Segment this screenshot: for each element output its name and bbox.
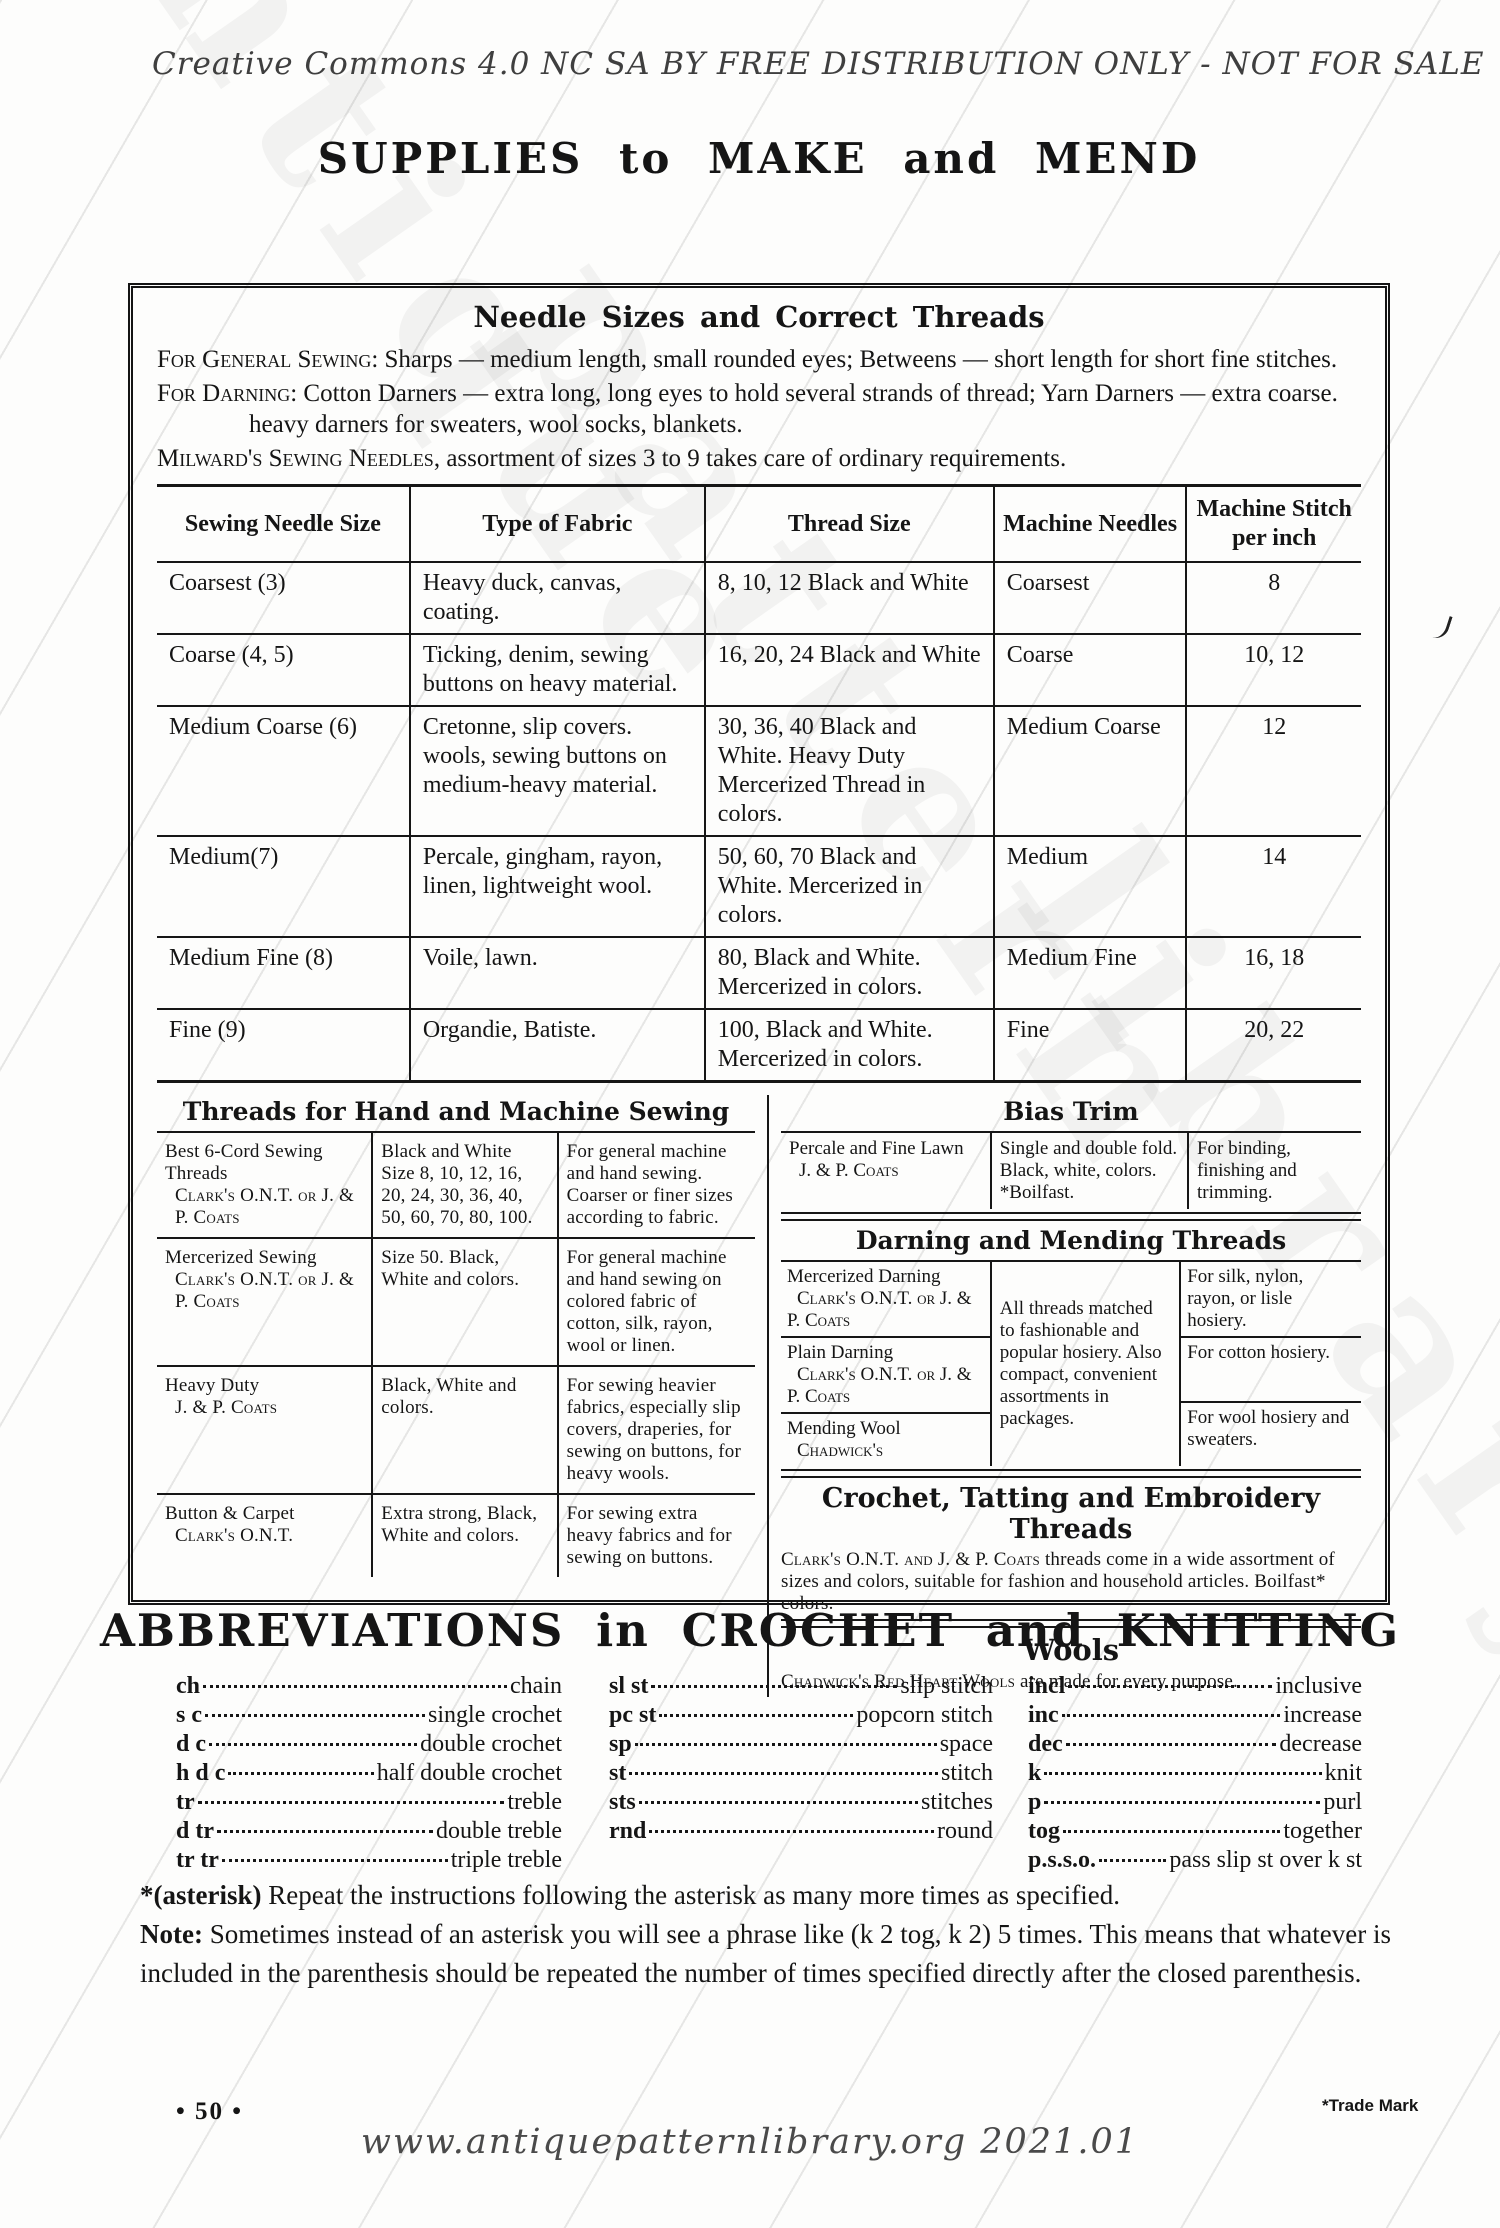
- note-lead: Note:: [140, 1919, 203, 1949]
- table-cell: Coarsest: [994, 562, 1187, 634]
- table-cell: For sewing heavier fabrics, especially s…: [558, 1366, 755, 1494]
- thread-brand: Clark's O.N.T. or J. & P. Coats: [165, 1185, 363, 1229]
- leader-dots: [651, 1685, 897, 1688]
- darning-name: Plain Darning: [787, 1342, 893, 1363]
- leader-dots: [209, 1743, 417, 1746]
- darning-uses-column: For silk, nylon, rayon, or lisle hosiery…: [1181, 1262, 1361, 1466]
- table-row: Medium(7) Percale, gingham, rayon, linen…: [157, 836, 1361, 937]
- abbr-meaning: treble: [507, 1788, 562, 1817]
- list-item: kknit: [1028, 1759, 1362, 1788]
- thread-name: Button & Carpet: [165, 1503, 363, 1525]
- table-cell: Organdie, Batiste.: [410, 1009, 705, 1082]
- darning-description-cell: All threads matched to fashionable and p…: [990, 1262, 1181, 1466]
- column-header: Sewing Needle Size: [157, 486, 410, 563]
- list-item: s csingle crochet: [176, 1701, 562, 1730]
- paragraph-text: Sharps — medium length, small rounded ey…: [385, 346, 1338, 373]
- thread-name: Best 6-Cord Sewing Threads: [165, 1141, 363, 1185]
- table-cell: 16, 20, 24 Black and White: [705, 634, 994, 706]
- abbr-term: incl: [1028, 1672, 1065, 1701]
- table-cell: 30, 36, 40 Black and White. Heavy Duty M…: [705, 706, 994, 836]
- abbr-meaning: purl: [1323, 1788, 1362, 1817]
- table-cell: 100, Black and White. Mercerized in colo…: [705, 1009, 994, 1082]
- bias-trim-row: Percale and Fine LawnJ. & P. Coats Singl…: [781, 1133, 1361, 1209]
- abbr-meaning: popcorn stitch: [856, 1701, 993, 1730]
- abbr-term: p: [1028, 1788, 1041, 1817]
- list-item: ppurl: [1028, 1788, 1362, 1817]
- abbr-term: inc: [1028, 1701, 1059, 1730]
- abbr-meaning: increase: [1283, 1701, 1362, 1730]
- abbr-term: p.s.s.o.: [1028, 1846, 1096, 1875]
- threads-heading: Threads for Hand and Machine Sewing: [157, 1097, 755, 1133]
- list-item: trtreble: [176, 1788, 562, 1817]
- table-row: Fine (9) Organdie, Batiste. 100, Black a…: [157, 1009, 1361, 1082]
- abbr-term: tr tr: [176, 1846, 219, 1875]
- darning-brand: Clark's O.N.T. or J. & P. Coats: [787, 1288, 972, 1331]
- column-header: Thread Size: [705, 486, 994, 563]
- double-rule: [781, 1212, 1361, 1221]
- abbr-term: tog: [1028, 1817, 1060, 1846]
- thread-name: Heavy Duty: [165, 1375, 363, 1397]
- abbr-term: ch: [176, 1672, 200, 1701]
- page-title: SUPPLIES to MAKE and MEND: [128, 134, 1390, 183]
- darning-brand: Chadwick's: [787, 1440, 883, 1461]
- leader-dots: [205, 1714, 425, 1717]
- list-item: chchain: [176, 1672, 562, 1701]
- list-item: rndround: [609, 1817, 993, 1846]
- needle-box-heading: Needle Sizes and Correct Threads: [157, 300, 1361, 334]
- table-cell: For general machine and hand sewing on c…: [558, 1238, 755, 1366]
- leader-dots: [228, 1772, 373, 1775]
- leader-dots: [649, 1830, 934, 1833]
- abbr-term: sl st: [609, 1672, 648, 1701]
- leader-dots: [222, 1859, 448, 1862]
- table-cell: 16, 18: [1186, 937, 1361, 1009]
- list-item: incincrease: [1028, 1701, 1362, 1730]
- table-row: Coarsest (3) Heavy duck, canvas, coating…: [157, 562, 1361, 634]
- table-cell: Percale and Fine LawnJ. & P. Coats: [781, 1133, 990, 1209]
- abbreviations-column-1: chchain s csingle crochet d cdouble croc…: [176, 1672, 562, 1875]
- leader-dots: [1063, 1830, 1280, 1833]
- leader-dots: [1044, 1801, 1320, 1804]
- table-cell: Medium: [994, 836, 1187, 937]
- abbr-term: d c: [176, 1730, 206, 1759]
- column-header: Machine Stitch per inch: [1186, 486, 1361, 563]
- list-item: stsstitches: [609, 1788, 993, 1817]
- asterisk-note-lead: *(asterisk): [140, 1880, 261, 1910]
- brand-lead: Clark's O.N.T. and J. & P. Coats: [781, 1549, 1040, 1570]
- table-cell: Heavy duck, canvas, coating.: [410, 562, 705, 634]
- list-item: d cdouble crochet: [176, 1730, 562, 1759]
- paragraph-text: assortment of sizes 3 to 9 takes care of…: [446, 445, 1066, 472]
- table-cell: For general machine and hand sewing. Coa…: [558, 1133, 755, 1238]
- table-cell: Best 6-Cord Sewing ThreadsClark's O.N.T.…: [157, 1133, 372, 1238]
- darning-name: Mending Wool: [787, 1418, 901, 1439]
- list-item: spspace: [609, 1730, 993, 1759]
- abbr-meaning: slip stitch: [900, 1672, 993, 1701]
- table-cell: Black and White Size 8, 10, 12, 16, 20, …: [372, 1133, 557, 1238]
- abbr-meaning: half double crochet: [377, 1759, 562, 1788]
- table-cell: For cotton hosiery.: [1181, 1336, 1361, 1401]
- asterisk-note-text: Repeat the instructions following the as…: [268, 1880, 1120, 1910]
- table-cell: Cretonne, slip covers. wools, sewing but…: [410, 706, 705, 836]
- bias-trim-heading: Bias Trim: [781, 1097, 1361, 1133]
- abbr-meaning: double treble: [436, 1817, 562, 1846]
- list-item: tr trtriple treble: [176, 1846, 562, 1875]
- leader-dots: [1099, 1859, 1166, 1862]
- table-cell: 12: [1186, 706, 1361, 836]
- abbr-meaning: round: [937, 1817, 993, 1846]
- abbr-term: k: [1028, 1759, 1041, 1788]
- table-cell: Medium Coarse (6): [157, 706, 410, 836]
- thread-brand: J. & P. Coats: [165, 1397, 363, 1419]
- abbr-term: sts: [609, 1788, 636, 1817]
- abbr-meaning: inclusive: [1275, 1672, 1362, 1701]
- leader-dots: [639, 1801, 918, 1804]
- abbreviations-column-3: inclinclusive incincrease decdecrease kk…: [1028, 1672, 1362, 1875]
- table-cell: Mercerized DarningClark's O.N.T. or J. &…: [781, 1262, 990, 1336]
- bias-brand: J. & P. Coats: [789, 1160, 899, 1181]
- paragraph-lead: For General Sewing:: [157, 346, 378, 373]
- footnotes: *(asterisk) Repeat the instructions foll…: [140, 1876, 1395, 1993]
- paragraph-text: Cotton Darners — extra long, long eyes t…: [249, 380, 1338, 438]
- list-item: inclinclusive: [1028, 1672, 1362, 1701]
- darning-name: Mercerized Darning: [787, 1266, 941, 1287]
- thread-name: Mercerized Sewing: [165, 1247, 363, 1269]
- note-text: Sometimes instead of an asterisk you wil…: [140, 1919, 1391, 1988]
- leader-dots: [629, 1772, 938, 1775]
- table-row: Mercerized SewingClark's O.N.T. or J. & …: [157, 1238, 755, 1366]
- paragraph-lead: Milward's Sewing Needles,: [157, 445, 440, 472]
- table-cell: Mercerized SewingClark's O.N.T. or J. & …: [157, 1238, 372, 1366]
- table-cell: Coarse: [994, 634, 1187, 706]
- abbr-meaning: together: [1283, 1817, 1362, 1846]
- table-row: Medium Fine (8) Voile, lawn. 80, Black a…: [157, 937, 1361, 1009]
- paragraph-milwards: Milward's Sewing Needles, assortment of …: [157, 443, 1361, 474]
- trademark-note: *Trade Mark: [1322, 2096, 1418, 2116]
- darning-names-column: Mercerized DarningClark's O.N.T. or J. &…: [781, 1262, 990, 1466]
- crochet-threads-heading: Crochet, Tatting and Embroidery Threads: [781, 1483, 1361, 1547]
- table-row: Medium Coarse (6) Cretonne, slip covers.…: [157, 706, 1361, 836]
- list-item: togtogether: [1028, 1817, 1362, 1846]
- thread-brand: Clark's O.N.T.: [165, 1525, 363, 1547]
- table-cell: 20, 22: [1186, 1009, 1361, 1082]
- leader-dots: [659, 1714, 853, 1717]
- abbr-term: s c: [176, 1701, 202, 1730]
- abbr-meaning: double crochet: [420, 1730, 562, 1759]
- table-cell: Button & CarpetClark's O.N.T.: [157, 1494, 372, 1577]
- table-cell: Voile, lawn.: [410, 937, 705, 1009]
- paragraph-lead: For Darning:: [157, 380, 297, 407]
- list-item: pc stpopcorn stitch: [609, 1701, 993, 1730]
- leader-dots: [203, 1685, 507, 1688]
- abbr-term: sp: [609, 1730, 632, 1759]
- leader-dots: [198, 1801, 505, 1804]
- table-cell: Medium Fine: [994, 937, 1187, 1009]
- leader-dots: [1062, 1714, 1281, 1717]
- table-cell: 80, Black and White. Mercerized in color…: [705, 937, 994, 1009]
- abbr-meaning: triple treble: [451, 1846, 562, 1875]
- table-cell: Percale, gingham, rayon, linen, lightwei…: [410, 836, 705, 937]
- pen-mark: [1430, 612, 1452, 641]
- list-item: h d chalf double crochet: [176, 1759, 562, 1788]
- abbreviations-title: ABBREVIATIONS in CROCHET and KNITTING: [0, 1604, 1500, 1657]
- table-cell: Coarse (4, 5): [157, 634, 410, 706]
- table-cell: Black, White and colors.: [372, 1366, 557, 1494]
- abbr-meaning: knit: [1325, 1759, 1362, 1788]
- table-cell: Heavy DutyJ. & P. Coats: [157, 1366, 372, 1494]
- column-header: Machine Needles: [994, 486, 1187, 563]
- list-item: p.s.s.o.pass slip st over k st: [1028, 1846, 1362, 1875]
- abbr-term: pc st: [609, 1701, 656, 1730]
- table-cell: Single and double fold. Black, white, co…: [990, 1133, 1187, 1209]
- table-cell: Coarsest (3): [157, 562, 410, 634]
- asterisk-note: *(asterisk) Repeat the instructions foll…: [140, 1876, 1395, 1915]
- abbr-term: rnd: [609, 1817, 646, 1846]
- abbr-meaning: stitch: [941, 1759, 993, 1788]
- table-cell: Ticking, denim, sewing buttons on heavy …: [410, 634, 705, 706]
- table-cell: Medium Coarse: [994, 706, 1187, 836]
- needle-size-table: Sewing Needle Size Type of Fabric Thread…: [157, 484, 1361, 1083]
- table-cell: Plain DarningClark's O.N.T. or J. & P. C…: [781, 1336, 990, 1412]
- abbr-meaning: stitches: [921, 1788, 993, 1817]
- table-cell: For silk, nylon, rayon, or lisle hosiery…: [1181, 1262, 1361, 1336]
- table-cell: Size 50. Black, White and colors.: [372, 1238, 557, 1366]
- table-cell: Medium Fine (8): [157, 937, 410, 1009]
- scanned-book-page: Antique pattern library Creative Commons…: [0, 0, 1500, 2228]
- paragraph-darning: For Darning: Cotton Darners — extra long…: [157, 378, 1361, 440]
- table-row: Coarse (4, 5) Ticking, denim, sewing but…: [157, 634, 1361, 706]
- table-row: Button & CarpetClark's O.N.T. Extra stro…: [157, 1494, 755, 1577]
- threads-table: Best 6-Cord Sewing ThreadsClark's O.N.T.…: [157, 1133, 755, 1577]
- table-cell: Mending WoolChadwick's: [781, 1412, 990, 1466]
- table-cell: Medium(7): [157, 836, 410, 937]
- abbr-term: h d c: [176, 1759, 225, 1788]
- leader-dots: [1066, 1743, 1277, 1746]
- table-cell: For sewing extra heavy fabrics and for s…: [558, 1494, 755, 1577]
- list-item: decdecrease: [1028, 1730, 1362, 1759]
- library-footer: www.antiquepatternlibrary.org 2021.01: [0, 2122, 1500, 2162]
- parenthesis-note: Note: Sometimes instead of an asterisk y…: [140, 1915, 1395, 1993]
- darning-middle-text: All threads matched to fashionable and p…: [1000, 1298, 1171, 1430]
- column-header: Type of Fabric: [410, 486, 705, 563]
- abbr-term: tr: [176, 1788, 195, 1817]
- table-cell: 14: [1186, 836, 1361, 937]
- table-cell: Extra strong, Black, White and colors.: [372, 1494, 557, 1577]
- leader-dots: [217, 1830, 433, 1833]
- abbr-term: d tr: [176, 1817, 214, 1846]
- table-cell: For binding, finishing and trimming.: [1187, 1133, 1361, 1209]
- table-header-row: Sewing Needle Size Type of Fabric Thread…: [157, 486, 1361, 563]
- bias-name: Percale and Fine Lawn: [789, 1138, 964, 1159]
- darning-grid: Mercerized DarningClark's O.N.T. or J. &…: [781, 1262, 1361, 1466]
- leader-dots: [1068, 1685, 1272, 1688]
- paragraph-general-sewing: For General Sewing: Sharps — medium leng…: [157, 344, 1361, 375]
- table-cell: Fine: [994, 1009, 1187, 1082]
- table-cell: 8, 10, 12 Black and White: [705, 562, 994, 634]
- leader-dots: [1044, 1772, 1321, 1775]
- table-cell: 10, 12: [1186, 634, 1361, 706]
- list-item: ststitch: [609, 1759, 993, 1788]
- abbreviations-list: chchain s csingle crochet d cdouble croc…: [176, 1672, 1362, 1875]
- abbr-meaning: single crochet: [428, 1701, 562, 1730]
- table-cell: Fine (9): [157, 1009, 410, 1082]
- abbr-meaning: pass slip st over k st: [1169, 1846, 1362, 1875]
- list-item: d trdouble treble: [176, 1817, 562, 1846]
- abbr-meaning: decrease: [1279, 1730, 1362, 1759]
- thread-brand: Clark's O.N.T. or J. & P. Coats: [165, 1269, 363, 1313]
- table-cell: For wool hosiery and sweaters.: [1181, 1401, 1361, 1466]
- table-row: Best 6-Cord Sewing ThreadsClark's O.N.T.…: [157, 1133, 755, 1238]
- list-item: sl stslip stitch: [609, 1672, 993, 1701]
- abbr-meaning: chain: [510, 1672, 562, 1701]
- darning-brand: Clark's O.N.T. or J. & P. Coats: [787, 1364, 972, 1407]
- abbr-term: st: [609, 1759, 626, 1788]
- darning-heading: Darning and Mending Threads: [781, 1226, 1361, 1262]
- table-cell: 8: [1186, 562, 1361, 634]
- leader-dots: [635, 1743, 937, 1746]
- table-row: Heavy DutyJ. & P. Coats Black, White and…: [157, 1366, 755, 1494]
- table-cell: 50, 60, 70 Black and White. Mercerized i…: [705, 836, 994, 937]
- abbr-meaning: space: [940, 1730, 993, 1759]
- abbreviations-column-2: sl stslip stitch pc stpopcorn stitch sps…: [609, 1672, 993, 1875]
- creative-commons-notice: Creative Commons 4.0 NC SA BY FREE DISTR…: [152, 46, 1485, 82]
- needle-sizes-box: Needle Sizes and Correct Threads For Gen…: [128, 283, 1390, 1605]
- abbr-term: dec: [1028, 1730, 1063, 1759]
- double-rule: [781, 1469, 1361, 1478]
